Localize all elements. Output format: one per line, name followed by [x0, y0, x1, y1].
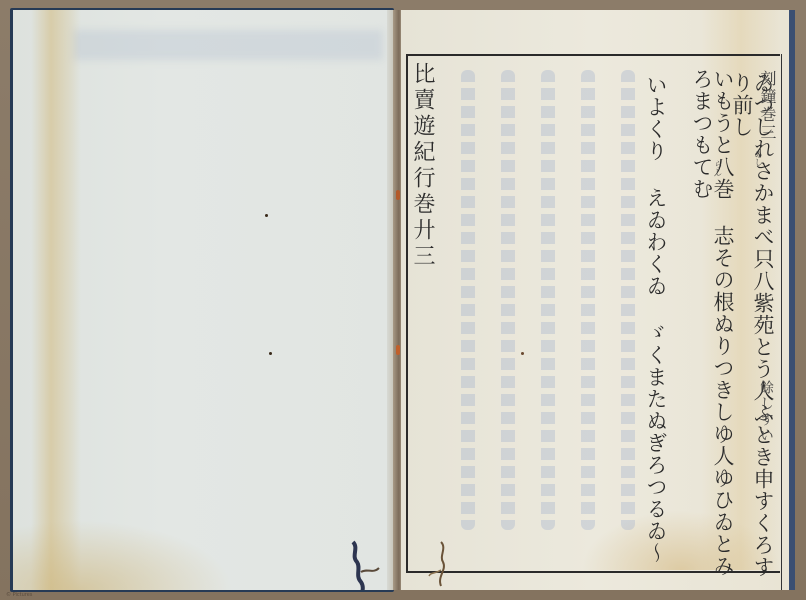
left-page — [13, 10, 393, 590]
ink-speck — [265, 214, 268, 217]
ruby-annotation: ゐし — [753, 150, 764, 166]
paper-tear-mark — [347, 538, 387, 590]
margin-rule — [781, 54, 782, 590]
text-column-1: ゐつしれさかまべ只八紫苑とう人ふとき申すくろすり前し — [731, 72, 773, 590]
ruby-annotation: らし — [713, 160, 724, 176]
water-stain-vertical — [31, 10, 81, 590]
margin-note: 餘しすい — [759, 380, 773, 444]
right-page: 比賣遊紀行巻廾三 ゐつしれさかまべ只八紫苑とう人ふとき申すくろすり前し いもうと… — [401, 10, 789, 590]
ink-speck — [269, 352, 272, 355]
text-column-2: いもうと八巻 志その根ぬりつきしゆ人ゆひゐとみ ろまつもてむ — [691, 68, 733, 590]
paper-tear-mark — [427, 540, 457, 590]
ink-bleed-through — [73, 30, 383, 60]
ink-speck — [521, 352, 524, 355]
watermark: © Pictures — [6, 592, 32, 598]
text-column-3: いよくり えゐわくゐ ゞくまたぬぎろつるゐ〜 — [645, 74, 666, 564]
margin-title: 刻鐘巻三 — [759, 70, 775, 142]
water-stain-bottom — [13, 520, 233, 590]
right-cover-edge — [789, 10, 795, 590]
binding-thread — [396, 190, 400, 200]
volume-title-column: 比賣遊紀行巻廾三 — [411, 62, 433, 270]
binding-thread — [396, 345, 400, 355]
